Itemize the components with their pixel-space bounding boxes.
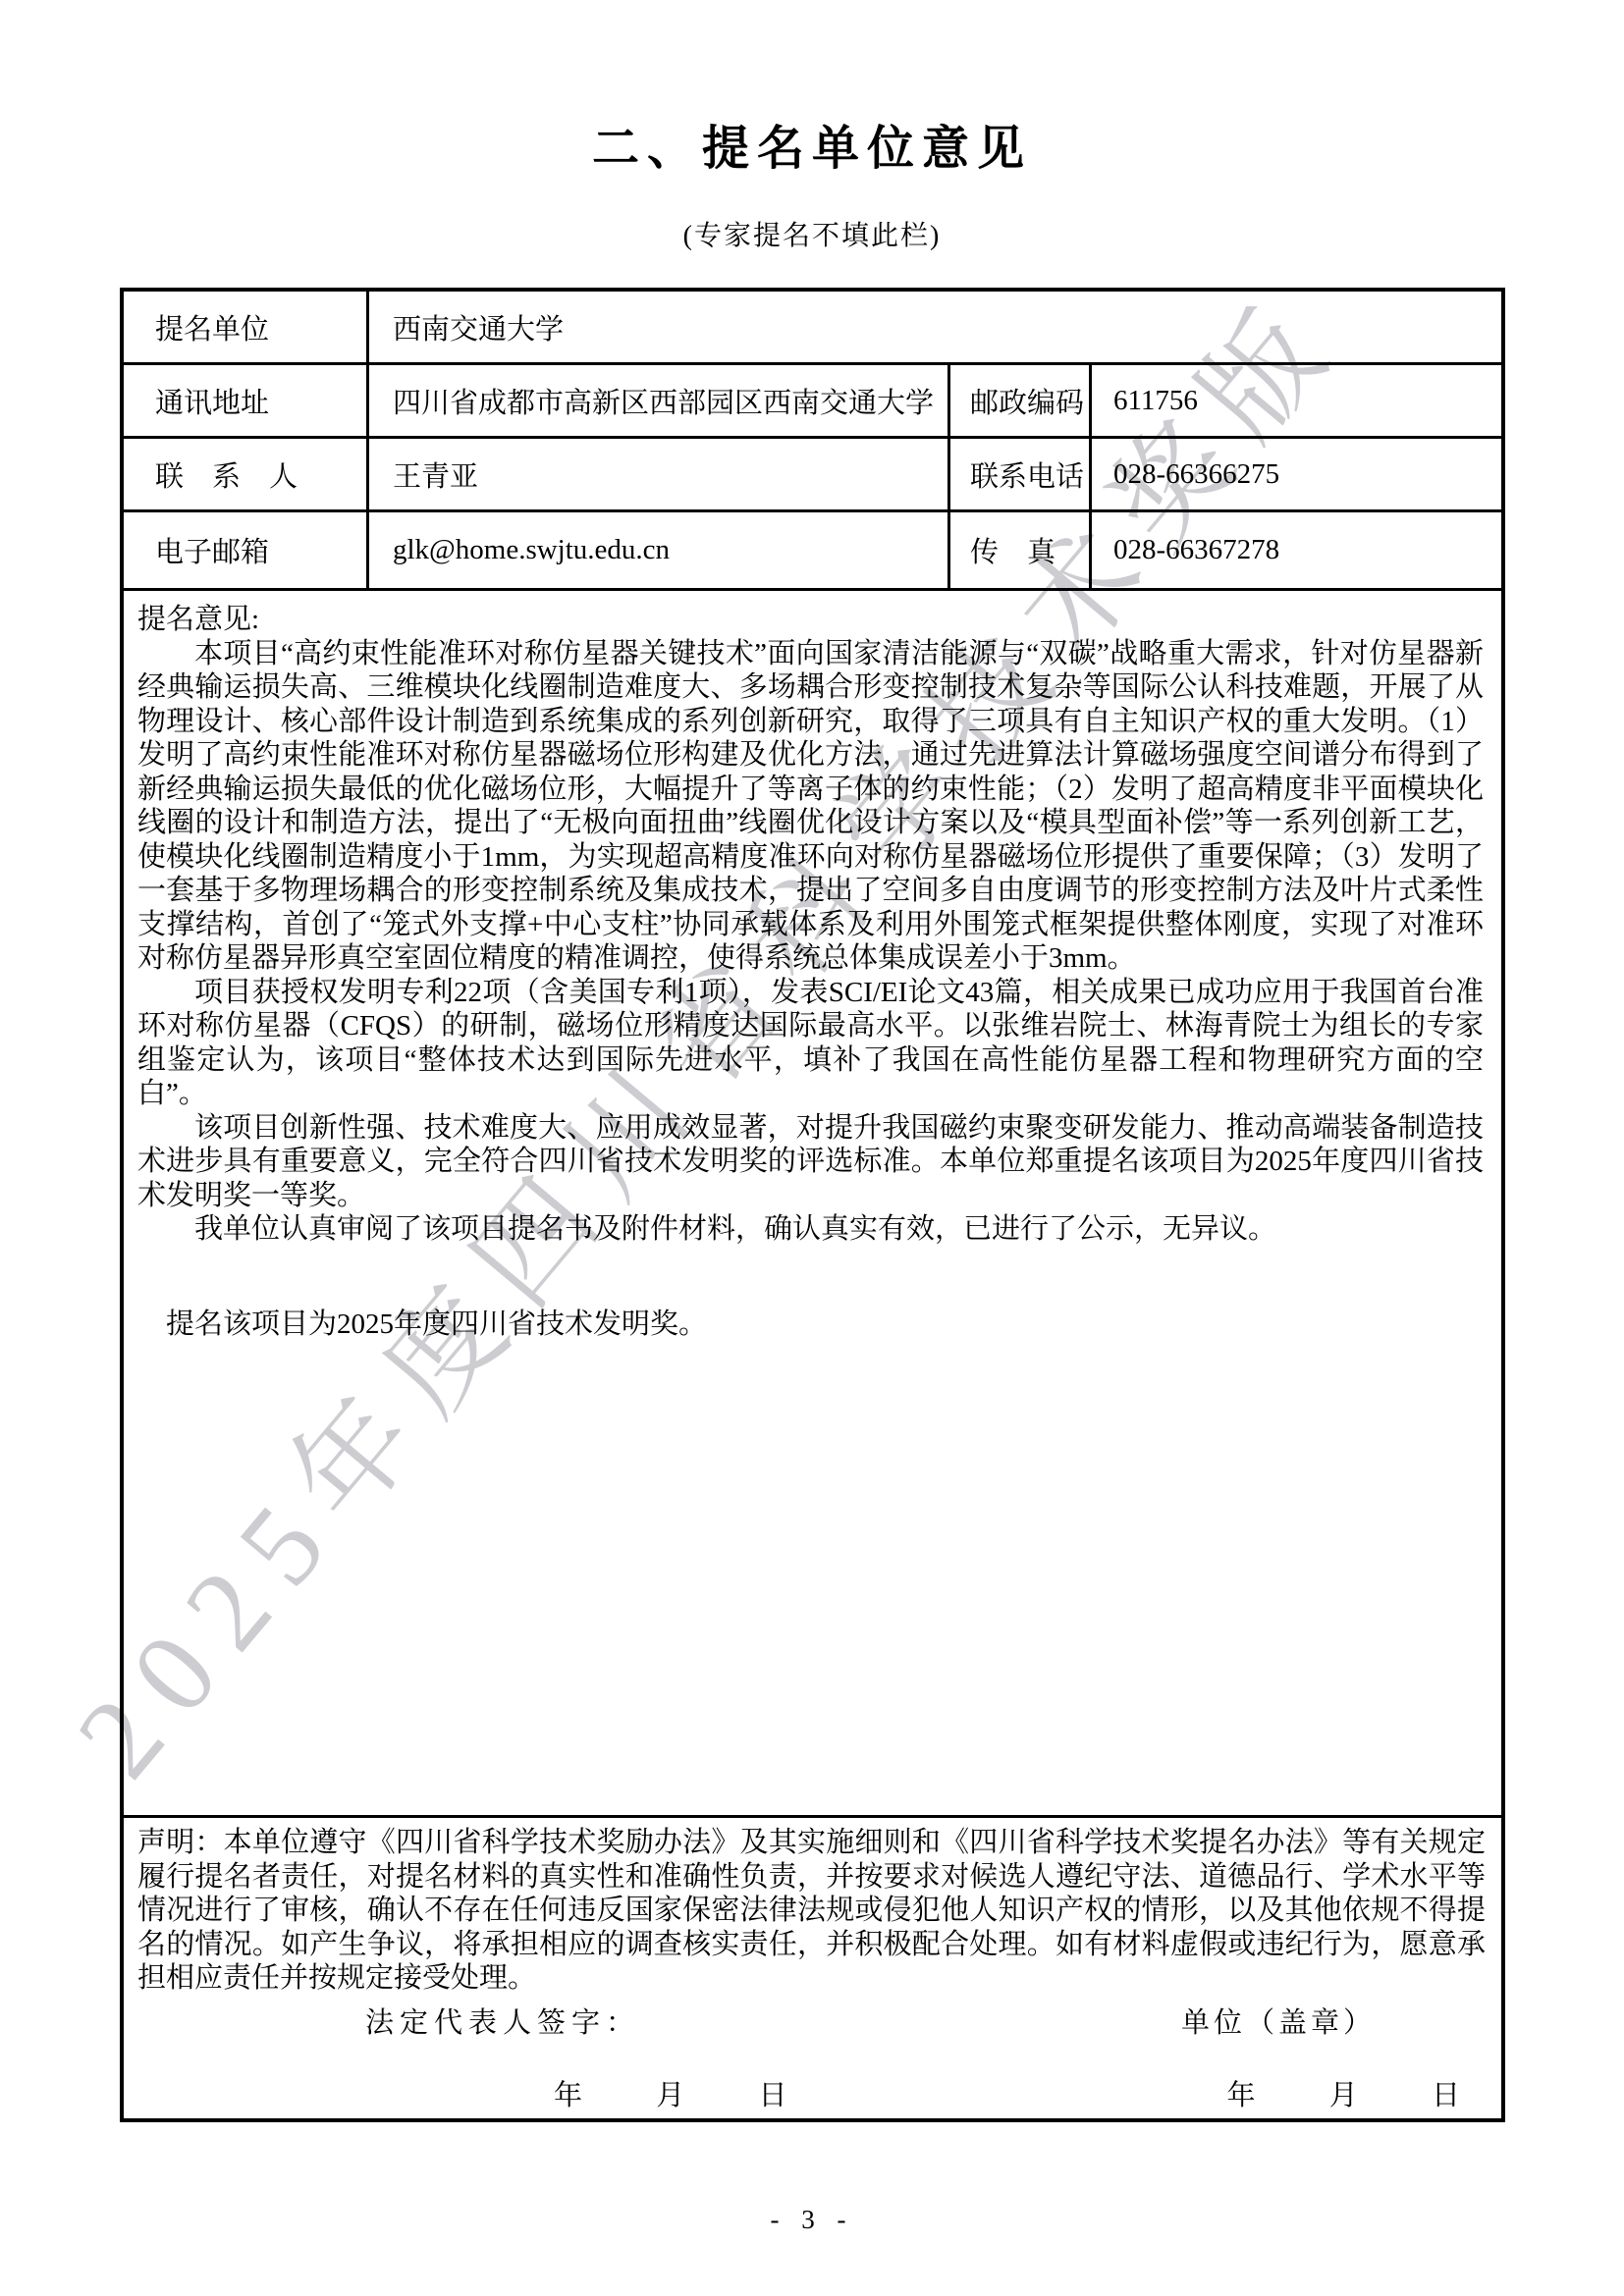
- table-row: 提名单位 西南交通大学: [124, 292, 1501, 365]
- page-number: - 3 -: [0, 2205, 1624, 2235]
- page-title: 二、提名单位意见: [0, 110, 1624, 178]
- nominator-value: 西南交通大学: [369, 292, 1501, 362]
- page-subtitle: (专家提名不填此栏): [0, 214, 1624, 253]
- legal-representative-signature-label: 法定代表人签字：: [365, 2003, 640, 2043]
- declaration-cell: 声明：本单位遵守《四川省科学技术奖励办法》及其实施细则和《四川省科学技术奖提名办…: [124, 1818, 1501, 2118]
- phone-value: 028-66366275: [1092, 439, 1501, 509]
- address-value: 四川省成都市高新区西部园区西南交通大学: [369, 365, 950, 436]
- document-page: 2025年度四川省科学技术奖版 二、提名单位意见 (专家提名不填此栏) 提名单位…: [0, 0, 1624, 2296]
- signature-row: 法定代表人签字： 单位（盖章）: [137, 2003, 1486, 2043]
- address-label: 通讯地址: [124, 365, 369, 436]
- fax-value: 028-66367278: [1092, 512, 1501, 588]
- date-row: 年 月 日 年 月 日: [137, 2078, 1486, 2113]
- page-content: 二、提名单位意见 (专家提名不填此栏) 提名单位 西南交通大学 通讯地址 四川省…: [0, 0, 1624, 2296]
- phone-label: 联系电话: [950, 439, 1092, 509]
- table-row: 电子邮箱 glk@home.swjtu.edu.cn 传 真 028-66367…: [124, 512, 1501, 591]
- date-line-left: 年 月 日: [554, 2078, 787, 2113]
- email-value: glk@home.swjtu.edu.cn: [369, 512, 950, 588]
- opinion-paragraph: 我单位认真审阅了该项目提名书及附件材料，确认真实有效，已进行了公示，无异议。: [137, 1212, 1484, 1247]
- fax-label: 传 真: [950, 512, 1092, 588]
- postcode-value: 611756: [1092, 365, 1501, 436]
- contact-person-value: 王青亚: [369, 439, 950, 509]
- nomination-opinion-cell: 提名意见: 本项目“高约束性能准环对称仿星器关键技术”面向国家清洁能源与“双碳”…: [124, 591, 1501, 1818]
- nominator-label: 提名单位: [124, 292, 369, 362]
- opinion-heading: 提名意见:: [137, 603, 1484, 637]
- nomination-table: 提名单位 西南交通大学 通讯地址 四川省成都市高新区西部园区西南交通大学 邮政编…: [120, 288, 1505, 2122]
- postcode-label: 邮政编码: [950, 365, 1092, 436]
- opinion-paragraph: 项目获授权发明专利22项（含美国专利1项），发表SCI/EI论文43篇，相关成果…: [137, 976, 1484, 1111]
- table-row: 联 系 人 王青亚 联系电话 028-66366275: [124, 439, 1501, 512]
- contact-person-label: 联 系 人: [124, 439, 369, 509]
- declaration-text: 声明：本单位遵守《四川省科学技术奖励办法》及其实施细则和《四川省科学技术奖提名办…: [137, 1826, 1486, 1996]
- date-line-right: 年 月 日: [1226, 2078, 1460, 2113]
- opinion-paragraph: 该项目创新性强、技术难度大、应用成效显著，对提升我国磁约束聚变研发能力、推动高端…: [137, 1111, 1484, 1213]
- email-label: 电子邮箱: [124, 512, 369, 588]
- opinion-paragraph: 本项目“高约束性能准环对称仿星器关键技术”面向国家清洁能源与“双碳”战略重大需求…: [137, 637, 1484, 976]
- table-row: 通讯地址 四川省成都市高新区西部园区西南交通大学 邮政编码 611756: [124, 365, 1501, 439]
- opinion-award-line: 提名该项目为2025年度四川省技术发明奖。: [137, 1308, 1484, 1342]
- unit-seal-label: 单位（盖章）: [1181, 2003, 1376, 2043]
